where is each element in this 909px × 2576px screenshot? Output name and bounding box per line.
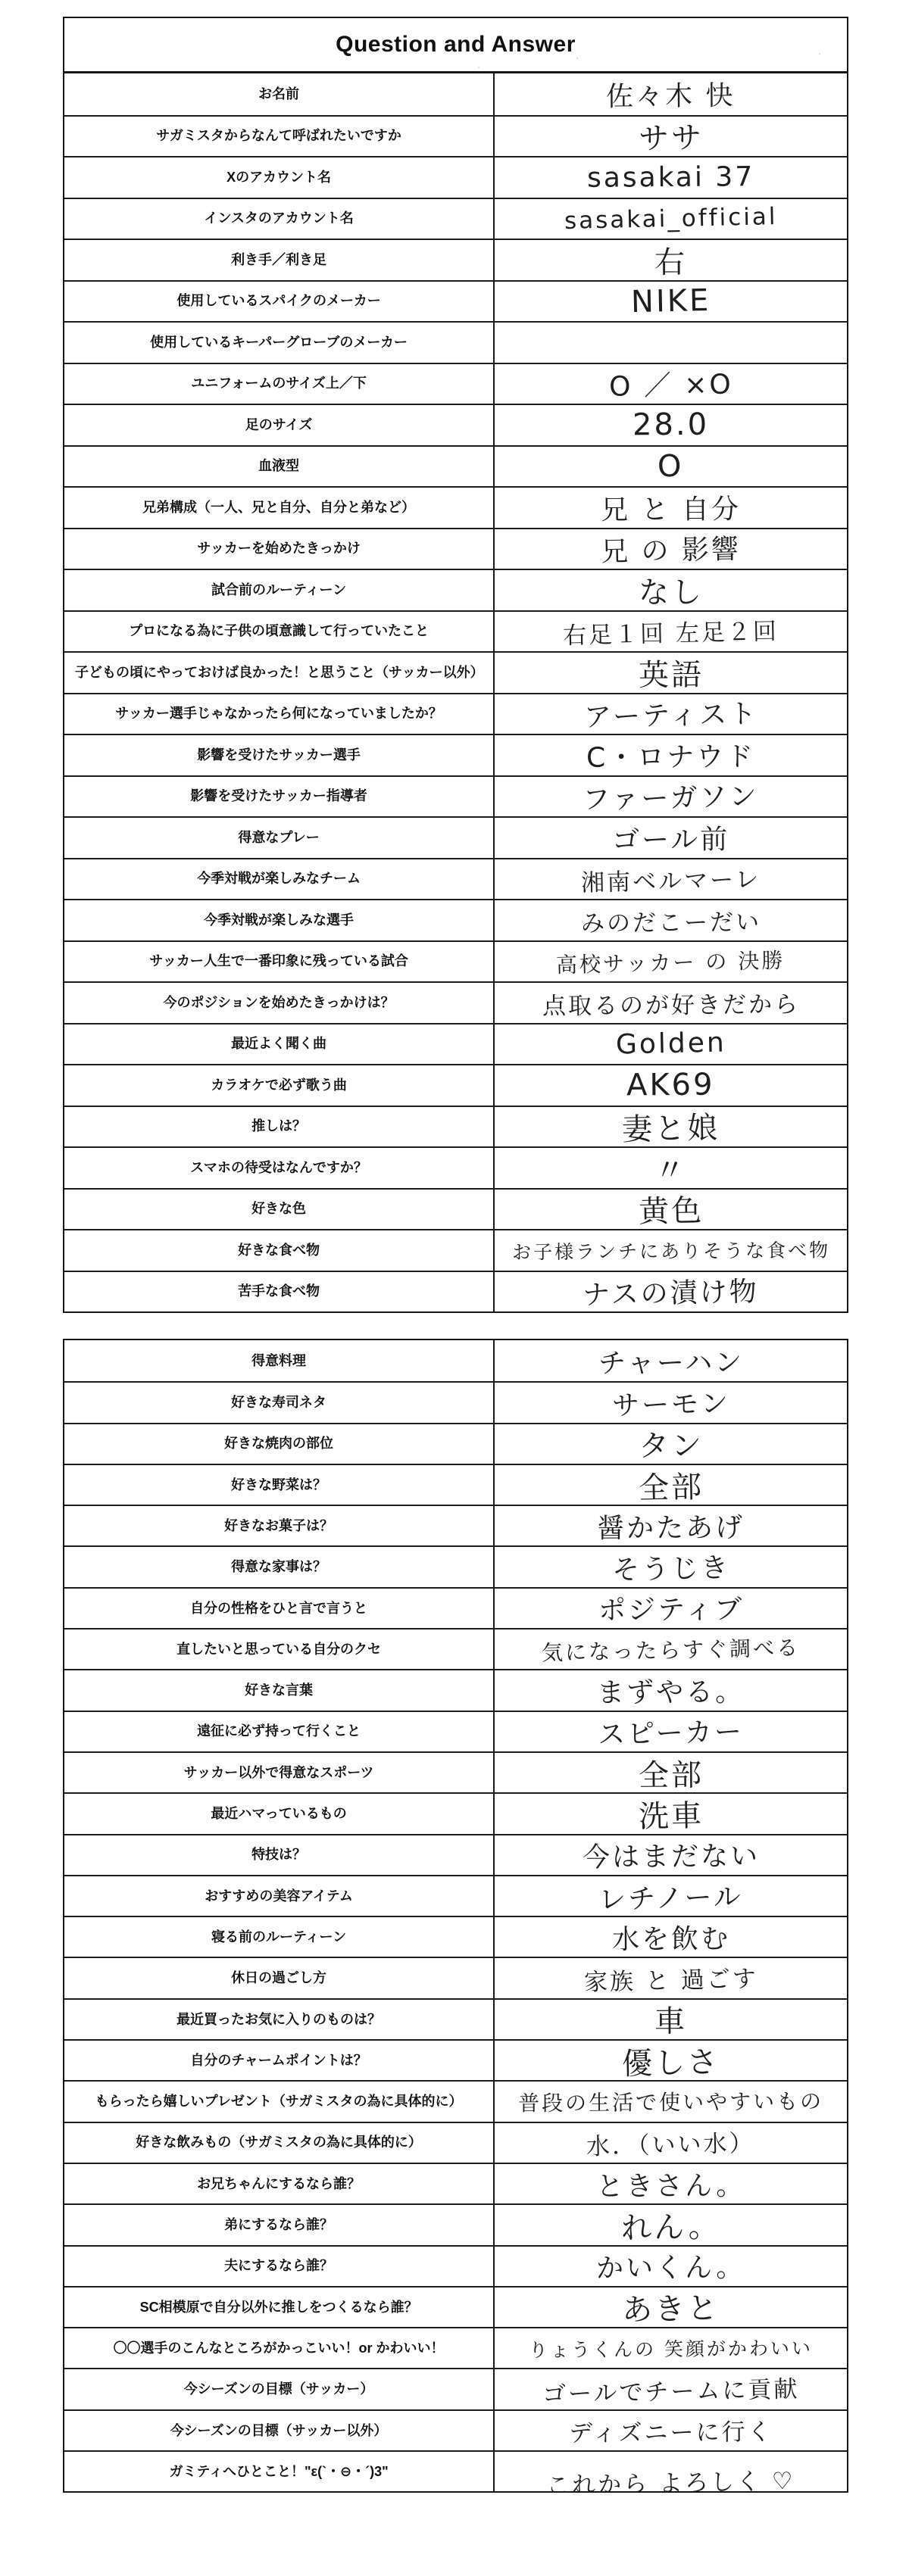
question-cell: 推しは？ [64,1107,495,1147]
question-cell: 苦手な食べ物 [64,1272,495,1312]
handwritten-answer: 全部 [638,1465,704,1505]
handwritten-answer: C・ロナウド [586,735,755,775]
qa-row: 使用しているスパイクのメーカーNIKE [64,280,847,322]
handwritten-answer: Golden [615,1028,726,1061]
qa-row: 寝る前のルーティーン水を飲む [64,1916,847,1957]
question-cell: お名前 [64,73,495,115]
qa-row: 子どもの頃にやっておけば良かった！と思うこと（サッカー以外）英語 [64,651,847,693]
qa-row: カラオケで必ず歌う曲AK69 [64,1064,847,1106]
answer-cell: 気になったらすぐ調べる [495,1629,847,1669]
question-cell: 〇〇選手のこんなところがかっこいい！or かわいい！ [64,2328,495,2368]
question-cell: 好きな言葉 [64,1670,495,1710]
answer-cell: sasakai_official [495,199,847,239]
qa-row: 最近ハマっているもの洗車 [64,1792,847,1833]
qa-row: 推しは？妻と娘 [64,1106,847,1147]
qa-row: 兄弟構成（一人、兄と自分、自分と弟など）兄 と 自分 [64,486,847,528]
qa-row: スマホの待受はなんですか？〃 [64,1146,847,1188]
qa-row: 〇〇選手のこんなところがかっこいい！or かわいい！りょうくんの 笑顔がかわいい [64,2327,847,2368]
answer-cell: 全部 [495,1753,847,1792]
handwritten-answer: 優しさ [621,2041,720,2080]
qa-row: 好きな色黄色 [64,1188,847,1230]
question-cell: プロになる為に子供の頃意識して行っていたこと [64,612,495,652]
question-cell: 好きな食べ物 [64,1230,495,1271]
handwritten-answer: sasakai 37 [587,161,754,194]
answer-cell: 洗車 [495,1794,847,1833]
handwritten-answer: まずやる。 [597,1670,745,1710]
handwritten-answer: 右 [654,240,687,280]
qa-row: 好きな寿司ネタサーモン [64,1381,847,1422]
answer-cell: 今はまだない [495,1835,847,1875]
handwritten-answer: 兄 の 影響 [601,529,742,569]
handwritten-answer: 水．（いい水） [586,2124,755,2162]
handwritten-answer: 洗車 [638,1794,704,1833]
question-cell: 好きな飲みもの（サガミスタの為に具体的に） [64,2123,495,2163]
qa-row: 好きな飲みもの（サガミスタの為に具体的に）水．（いい水） [64,2122,847,2163]
qa-row: サガミスタからなんて呼ばれたいですかササ [64,115,847,157]
question-cell: 自分の性格をひと言で言うと [64,1589,495,1628]
qa-row: 得意料理チャーハン [64,1340,847,1381]
handwritten-answer: れん。 [620,2205,721,2244]
qa-row: 使用しているキーパーグローブのメーカー [64,321,847,363]
question-cell: 遠征に必ず持って行くこと [64,1712,495,1751]
handwritten-answer: 今はまだない [582,1835,759,1875]
qa-row: お名前佐々木 快 [64,73,847,115]
qa-table-2: 得意料理チャーハン好きな寿司ネタサーモン好きな焼肉の部位タン好きな野菜は？全部好… [63,1339,848,2493]
handwritten-answer: ファーガソン [583,777,760,817]
question-cell: 足のサイズ [64,405,495,445]
qa-row: 好きな野菜は？全部 [64,1464,847,1505]
answer-cell: ディズニーに行く [495,2411,847,2450]
handwritten-answer: 水を飲む [611,1917,729,1957]
question-cell: サッカーを始めたきっかけ [64,529,495,569]
question-cell: 好きな寿司ネタ [64,1383,495,1422]
handwritten-answer: ポジティブ [598,1589,743,1628]
qa-row: 特技は？今はまだない [64,1834,847,1875]
question-cell: サッカー以外で得意なスポーツ [64,1753,495,1792]
qa-row: 今季対戦が楽しみな選手みのだこーだい [64,899,847,940]
answer-cell: 点取るのが好きだから [495,983,847,1023]
qa-row: 最近買ったお気に入りのものは？車 [64,1998,847,2039]
qa-row: サッカーを始めたきっかけ兄 の 影響 [64,528,847,569]
answer-cell: O [495,447,847,487]
handwritten-answer: 普段の生活で使いやすいもの [518,2085,823,2118]
handwritten-answer: ディズニーに行く [569,2412,773,2448]
qa-row: 好きな食べ物お子様ランチにありそうな食べ物 [64,1229,847,1271]
answer-cell: みのだこーだい [495,900,847,940]
question-cell: 今季対戦が楽しみなチーム [64,859,495,900]
question-cell: 得意料理 [64,1340,495,1381]
qa-rows-1: お名前佐々木 快サガミスタからなんて呼ばれたいですかササXのアカウント名sasa… [64,73,847,1311]
qa-rows-2: 得意料理チャーハン好きな寿司ネタサーモン好きな焼肉の部位タン好きな野菜は？全部好… [64,1340,847,2491]
qa-row: 夫にするなら誰？かいくん。 [64,2245,847,2286]
handwritten-answer: スピーカー [598,1712,745,1751]
qa-row: 好きな言葉まずやる。 [64,1669,847,1710]
question-cell: 子どもの頃にやっておけば良かった！と思うこと（サッカー以外） [64,653,495,693]
qa-row: ガミティへひとこと！"ε(`・⊖・´)3"これから よろしく ♡ [64,2450,847,2491]
answer-cell: タン [495,1424,847,1464]
answer-cell: 兄 と 自分 [495,488,847,528]
qa-row: おすすめの美容アイテムレチノール [64,1875,847,1916]
question-cell: SC相模原で自分以外に推しをつくるなら誰？ [64,2288,495,2327]
qa-row: 休日の過ごし方家族 と 過ごす [64,1957,847,1997]
answer-cell: 高校サッカー の 決勝 [495,942,847,982]
answer-cell: これから よろしく ♡ [495,2452,847,2491]
qa-row: SC相模原で自分以外に推しをつくるなら誰？あきと [64,2286,847,2327]
question-cell: 今季対戦が楽しみな選手 [64,900,495,940]
handwritten-answer: 〃 [654,1148,687,1188]
handwritten-answer: ときさん。 [596,2164,746,2203]
answer-cell: ササ [495,117,847,157]
handwritten-answer: NIKE [630,283,711,320]
handwritten-answer: 車 [654,2000,687,2039]
question-cell: もらったら嬉しいプレゼント（サガミスタの為に具体的に） [64,2082,495,2121]
qa-row: Xのアカウント名sasakai 37 [64,156,847,198]
handwritten-answer: 高校サッカー の 決勝 [556,944,786,979]
question-cell: 血液型 [64,447,495,487]
question-cell: 影響を受けたサッカー指導者 [64,777,495,817]
handwritten-answer: りょうくんの 笑顔がかわいい [529,2334,813,2363]
question-cell: サガミスタからなんて呼ばれたいですか [64,117,495,157]
handwritten-answer: 気になったらすぐ調べる [542,1632,801,1667]
qa-row: サッカー選手じゃなかったら何になっていましたか？アーティスト [64,693,847,734]
qa-row: 今のポジションを始めたきっかけは？点取るのが好きだから [64,981,847,1023]
qa-row: 得意な家事は？そうじき [64,1545,847,1586]
question-cell: 自分のチャームポイントは？ [64,2041,495,2080]
answer-cell: ナスの漬け物 [495,1272,847,1312]
question-cell: 得意な家事は？ [64,1547,495,1586]
answer-cell: 英語 [495,653,847,693]
qa-row: サッカー以外で得意なスポーツ全部 [64,1751,847,1792]
answer-cell: 水．（いい水） [495,2123,847,2163]
qa-row: 今季対戦が楽しみなチーム湘南ベルマーレ [64,858,847,900]
handwritten-answer: ゴールでチームに貢献 [542,2370,799,2409]
answer-cell: 普段の生活で使いやすいもの [495,2082,847,2121]
answer-cell: AK69 [495,1065,847,1106]
answer-cell: なし [495,570,847,610]
question-cell: 最近よく聞く曲 [64,1024,495,1065]
question-cell: カラオケで必ず歌う曲 [64,1065,495,1106]
answer-cell: あきと [495,2288,847,2327]
answer-cell [495,323,847,363]
question-cell: スマホの待受はなんですか？ [64,1148,495,1188]
answer-cell: 水を飲む [495,1917,847,1957]
answer-cell: かいくん。 [495,2247,847,2286]
handwritten-answer: お子様ランチにありそうな食べ物 [511,1236,829,1265]
handwritten-answer: sasakai_official [564,203,777,235]
answer-cell: O ／ ×O [495,364,847,404]
qa-row: お兄ちゃんにするなら誰？ときさん。 [64,2163,847,2203]
handwritten-answer: ナスの漬け物 [583,1272,760,1312]
question-cell: 今のポジションを始めたきっかけは？ [64,983,495,1023]
handwritten-answer: 英語 [638,653,703,693]
answer-cell: りょうくんの 笑顔がかわいい [495,2328,847,2368]
answer-cell: 優しさ [495,2041,847,2080]
answer-cell: 妻と娘 [495,1107,847,1147]
qa-row: 好きな焼肉の部位タン [64,1423,847,1464]
answer-cell: 兄 の 影響 [495,529,847,569]
qa-row: 影響を受けたサッカー選手C・ロナウド [64,734,847,775]
question-cell: 休日の過ごし方 [64,1958,495,1997]
handwritten-answer: サーモン [611,1383,730,1422]
handwritten-answer: ゴール前 [612,818,730,857]
question-cell: 弟にするなら誰？ [64,2205,495,2244]
handwritten-answer: タン [638,1424,703,1464]
question-cell: 好きなお菓子は？ [64,1506,495,1545]
handwritten-answer: そうじき [611,1547,730,1586]
qa-row: 今シーズンの目標（サッカー）ゴールでチームに貢献 [64,2368,847,2409]
question-cell: サッカー人生で一番印象に残っている試合 [64,942,495,982]
handwritten-answer: 醤かたあげ [597,1506,745,1545]
handwritten-answer: チャーハン [598,1341,743,1380]
qa-row: 自分の性格をひと言で言うとポジティブ [64,1587,847,1628]
question-cell: 寝る前のルーティーン [64,1917,495,1957]
scanned-qa-sheet: Question and Answer お名前佐々木 快サガミスタからなんて呼ば… [0,0,909,2576]
answer-cell: チャーハン [495,1340,847,1381]
question-cell: 好きな色 [64,1190,495,1230]
qa-row: 弟にするなら誰？れん。 [64,2203,847,2244]
answer-cell: 右足１回 左足２回 [495,612,847,652]
question-cell: Xのアカウント名 [64,157,495,198]
handwritten-answer: 右足１回 左足２回 [563,612,779,650]
handwritten-answer: 兄 と 自分 [601,488,741,527]
answer-cell: 車 [495,2000,847,2039]
answer-cell: スピーカー [495,1712,847,1751]
question-cell: おすすめの美容アイテム [64,1876,495,1916]
question-cell: ガミティへひとこと！"ε(`・⊖・´)3" [64,2452,495,2491]
qa-row: 直したいと思っている自分のクセ気になったらすぐ調べる [64,1628,847,1669]
answer-cell: お子様ランチにありそうな食べ物 [495,1230,847,1271]
handwritten-answer: 全部 [638,1753,703,1792]
answer-cell: 全部 [495,1465,847,1505]
answer-cell: レチノール [495,1876,847,1916]
qa-row: プロになる為に子供の頃意識して行っていたこと右足１回 左足２回 [64,610,847,652]
qa-row: 試合前のルーティーンなし [64,569,847,610]
handwritten-answer: 湘南ベルマーレ [580,860,761,898]
answer-cell: アーティスト [495,694,847,734]
qa-row: 得意なプレーゴール前 [64,816,847,858]
qa-row: 血液型O [64,445,847,487]
handwritten-answer: ササ [638,117,704,157]
qa-row: インスタのアカウント名sasakai_official [64,198,847,239]
answer-cell: 家族 と 過ごす [495,1958,847,1997]
question-cell: 好きな野菜は？ [64,1465,495,1505]
qa-row: 苦手な食べ物ナスの漬け物 [64,1271,847,1312]
answer-cell: 右 [495,240,847,280]
question-cell: 影響を受けたサッカー選手 [64,735,495,775]
qa-table-1: Question and Answer お名前佐々木 快サガミスタからなんて呼ば… [63,17,848,1313]
answer-cell: Golden [495,1024,847,1065]
question-cell: 最近買ったお気に入りのものは？ [64,2000,495,2039]
qa-row: ユニフォームのサイズ上／下O ／ ×O [64,363,847,404]
question-cell: 使用しているキーパーグローブのメーカー [64,323,495,363]
question-cell: 今シーズンの目標（サッカー） [64,2369,495,2409]
scan-noise [455,44,457,45]
handwritten-answer: O ／ ×O [608,364,733,404]
question-cell: 試合前のルーティーン [64,570,495,610]
question-cell: お兄ちゃんにするなら誰？ [64,2164,495,2203]
answer-cell: まずやる。 [495,1670,847,1710]
table-header: Question and Answer [64,18,847,73]
question-cell: インスタのアカウント名 [64,199,495,239]
answer-cell: 黄色 [495,1190,847,1230]
answer-cell: ときさん。 [495,2164,847,2203]
answer-cell: ゴールでチームに貢献 [495,2369,847,2409]
qa-row: 自分のチャームポイントは？優しさ [64,2039,847,2080]
handwritten-answer: 家族 と 過ごす [583,1960,758,1997]
question-cell: 直したいと思っている自分のクセ [64,1629,495,1669]
answer-cell: 湘南ベルマーレ [495,859,847,900]
answer-cell: 醤かたあげ [495,1506,847,1545]
qa-row: 影響を受けたサッカー指導者ファーガソン [64,775,847,817]
handwritten-answer: 点取るのが好きだから [542,985,799,1021]
handwritten-answer: 佐々木 快 [606,74,736,114]
qa-row: 遠征に必ず持って行くことスピーカー [64,1711,847,1751]
answer-cell: 〃 [495,1148,847,1188]
answer-cell: sasakai 37 [495,157,847,198]
question-cell: 得意なプレー [64,818,495,858]
question-cell: サッカー選手じゃなかったら何になっていましたか？ [64,694,495,734]
answer-cell: C・ロナウド [495,735,847,775]
qa-row: もらったら嬉しいプレゼント（サガミスタの為に具体的に）普段の生活で使いやすいもの [64,2080,847,2121]
qa-row: 好きなお菓子は？醤かたあげ [64,1505,847,1545]
qa-row: 最近よく聞く曲Golden [64,1023,847,1065]
handwritten-answer: これから よろしく ♡ [546,2462,795,2492]
handwritten-answer: 妻と娘 [621,1107,720,1147]
answer-cell: サーモン [495,1383,847,1422]
answer-cell: ゴール前 [495,818,847,858]
answer-cell: 28.0 [495,405,847,445]
qa-row: 今シーズンの目標（サッカー以外）ディズニーに行く [64,2409,847,2450]
handwritten-answer: みのだこーだい [580,903,761,938]
answer-cell: ファーガソン [495,777,847,817]
qa-row: 足のサイズ28.0 [64,404,847,445]
answer-cell: 佐々木 快 [495,73,847,115]
handwritten-answer: O [658,448,684,484]
qa-row: サッカー人生で一番印象に残っている試合高校サッカー の 決勝 [64,940,847,982]
handwritten-answer: かいくん。 [596,2247,746,2286]
question-cell: 夫にするなら誰？ [64,2247,495,2286]
question-cell: 利き手／利き足 [64,240,495,280]
question-cell: 特技は？ [64,1835,495,1875]
qa-row: 利き手／利き足右 [64,239,847,280]
question-cell: 最近ハマっているもの [64,1794,495,1833]
handwritten-answer: アーティスト [583,694,758,734]
question-cell: 使用しているスパイクのメーカー [64,282,495,322]
question-cell: 今シーズンの目標（サッカー以外） [64,2411,495,2450]
answer-cell: れん。 [495,2205,847,2244]
handwritten-answer: AK69 [626,1068,715,1103]
answer-cell: ポジティブ [495,1589,847,1628]
question-cell: 好きな焼肉の部位 [64,1424,495,1464]
answer-cell: そうじき [495,1547,847,1586]
handwritten-answer: なし [638,570,703,610]
answer-cell: NIKE [495,282,847,322]
question-cell: 兄弟構成（一人、兄と自分、自分と弟など） [64,488,495,528]
handwritten-answer: 黄色 [638,1190,704,1230]
question-cell: ユニフォームのサイズ上／下 [64,364,495,404]
handwritten-answer: レチノール [598,1876,744,1916]
handwritten-answer: 28.0 [633,407,709,443]
handwritten-answer: あきと [621,2288,720,2327]
